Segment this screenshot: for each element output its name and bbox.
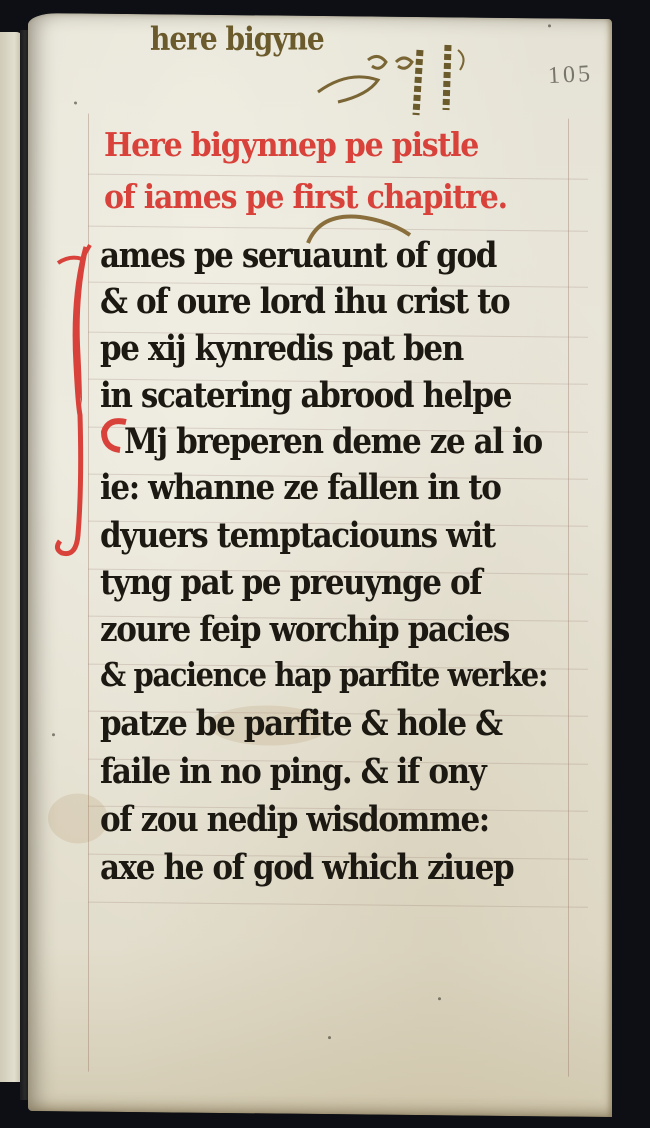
rubric-line-1: Here bigynnep pe pistle	[104, 126, 478, 165]
running-head: here bigyne	[150, 20, 324, 58]
parchment-stain	[48, 793, 108, 844]
body-line: faile in no ping. & if ony	[100, 752, 485, 792]
right-margin-ruling	[568, 119, 569, 1077]
body-line: tyng pat pe preuynge of	[100, 563, 481, 603]
body-line: dyuers temptaciouns wit	[100, 516, 495, 556]
body-line: ames pe seruaunt of god	[100, 236, 496, 276]
ink-speck	[52, 733, 55, 736]
decorated-initial-j-icon	[52, 235, 102, 565]
ink-speck	[74, 101, 77, 104]
body-line: ie: whanne ze fallen in to	[100, 468, 501, 508]
ink-speck	[548, 24, 551, 27]
body-line: zoure feip worchip pacies	[100, 610, 509, 650]
body-line: in scatering abrood helpe	[100, 376, 511, 416]
body-line: patze be parfite & hole &	[100, 704, 502, 744]
body-line: axe he of god which ziuep	[100, 848, 513, 888]
body-line: Mj breperen deme ze al io	[124, 422, 542, 462]
manuscript-photo: 105 here bigyne Here bigynnep pe pistle …	[0, 0, 650, 1128]
body-line: pe xij kynredis pat ben	[100, 329, 463, 369]
ink-speck	[438, 997, 441, 1000]
running-head-flourish-icon	[308, 40, 478, 120]
body-line: & of oure lord ihu crist to	[100, 282, 509, 322]
ruling-line	[88, 902, 588, 908]
folio-number: 105	[547, 61, 593, 90]
body-line: & pacience hap parfite werke:	[100, 656, 547, 694]
ink-speck	[328, 1036, 331, 1039]
body-line: of zou nedip wisdomme:	[100, 800, 489, 840]
